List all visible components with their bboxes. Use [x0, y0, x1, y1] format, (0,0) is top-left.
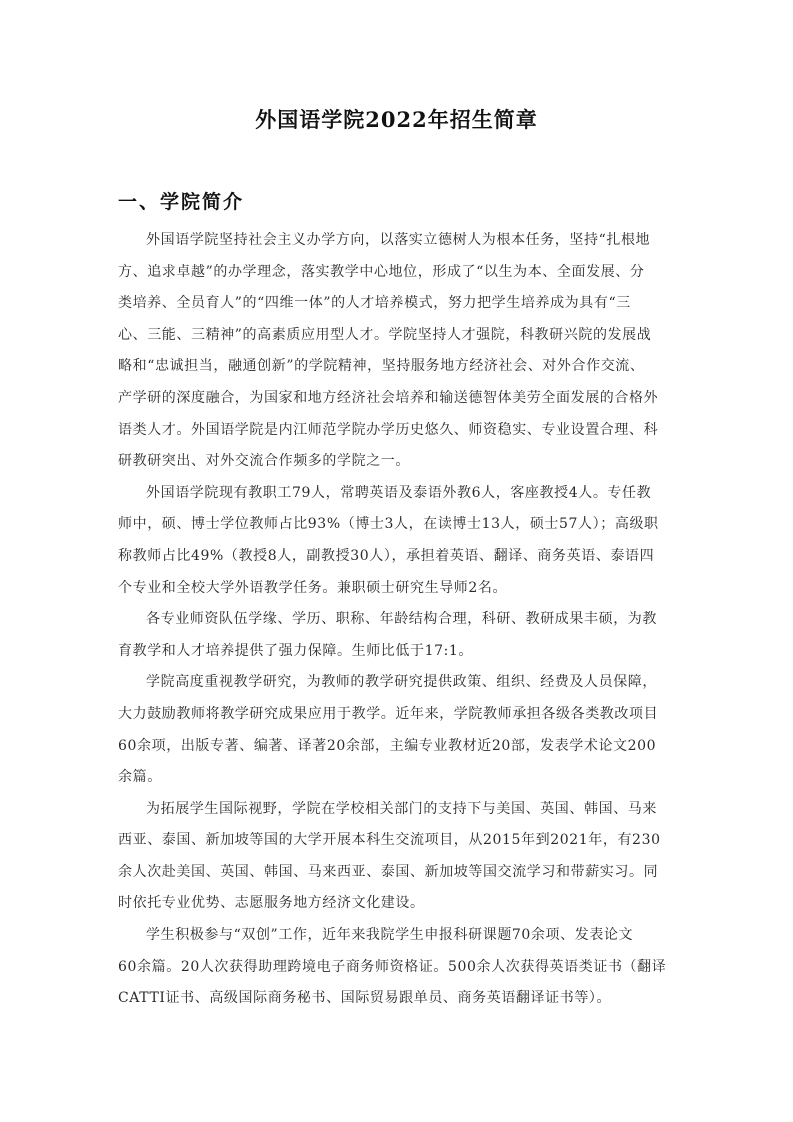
paragraph-line: 为拓展学生国际视野，学院在学校相关部门的支持下与美国、英国、韩国、马来: [118, 794, 678, 826]
paragraph-line: 外国语学院坚持社会主义办学方向，以落实立德树人为根本任务，坚持“扎根地: [118, 225, 678, 257]
paragraph-line: 各专业师资队伍学缘、学历、职称、年龄结构合理，科研、教研成果丰硕，为教: [118, 604, 678, 636]
paragraph-line: 大力鼓励教师将教学研究成果应用于教学。近年来，学院教师承担各级各类教改项目: [118, 699, 678, 731]
document-title: 外国语学院2022年招生简章: [0, 104, 793, 134]
body-text: 外国语学院坚持社会主义办学方向，以落实立德树人为根本任务，坚持“扎根地方、追求卓…: [118, 225, 678, 1015]
paragraph-line: 60余项，出版专著、编著、译著20余部，主编专业教材近20部，发表学术论文200: [118, 731, 678, 763]
paragraph-line: CATTI证书、高级国际商务秘书、国际贸易跟单员、商务英语翻译证书等）。: [118, 983, 678, 1015]
paragraph-line: 方、追求卓越”的办学理念，落实教学中心地位，形成了“以生为本、全面发展、分: [118, 257, 678, 289]
paragraph-line: 余篇。: [118, 762, 678, 794]
paragraph-line: 学生积极参与“双创”工作，近年来我院学生申报科研课题70余项、发表论文: [118, 920, 678, 952]
paragraph-line: 称教师占比49%（教授8人，副教授30人），承担着英语、翻译、商务英语、泰语四: [118, 541, 678, 573]
paragraph-line: 育教学和人才培养提供了强力保障。生师比低于17:1。: [118, 636, 678, 668]
paragraph-line: 西亚、泰国、新加坡等国的大学开展本科生交流项目，从2015年到2021年，有23…: [118, 825, 678, 857]
paragraph-line: 语类人才。外国语学院是内江师范学院办学历史悠久、师资稳实、专业设置合理、科: [118, 415, 678, 447]
paragraph-line: 学院高度重视教学研究，为教师的教学研究提供政策、组织、经费及人员保障，: [118, 667, 678, 699]
paragraph-line: 时依托专业优势、志愿服务地方经济文化建设。: [118, 888, 678, 920]
document-page: 外国语学院2022年招生简章 一、学院简介 外国语学院坚持社会主义办学方向，以落…: [0, 0, 793, 1122]
paragraph-line: 略和“忠诚担当，融通创新”的学院精神，坚持服务地方经济社会、对外合作交流、: [118, 351, 678, 383]
paragraph-line: 余人次赴美国、英国、韩国、马来西亚、泰国、新加坡等国交流学习和带薪实习。同: [118, 857, 678, 889]
paragraph-line: 产学研的深度融合，为国家和地方经济社会培养和输送德智体美劳全面发展的合格外: [118, 383, 678, 415]
paragraph-line: 心、三能、三精神”的高素质应用型人才。学院坚持人才强院，科教研兴院的发展战: [118, 320, 678, 352]
paragraph-line: 外国语学院现有教职工79人，常聘英语及泰语外教6人，客座教授4人。专任教: [118, 478, 678, 510]
paragraph-line: 研教研突出、对外交流合作频多的学院之一。: [118, 446, 678, 478]
paragraph-line: 60余篇。20人次获得助理跨境电子商务师资格证。500余人次获得英语类证书（翻译: [118, 952, 678, 984]
paragraph-line: 类培养、全员育人”的“四维一体”的人才培养模式，努力把学生培养成为具有“三: [118, 288, 678, 320]
paragraph-line: 师中，硕、博士学位教师占比93%（博士3人，在读博士13人，硕士57人）；高级职: [118, 509, 678, 541]
paragraph-line: 个专业和全校大学外语教学任务。兼职硕士研究生导师2名。: [118, 573, 678, 605]
section-heading: 一、学院简介: [118, 187, 244, 214]
